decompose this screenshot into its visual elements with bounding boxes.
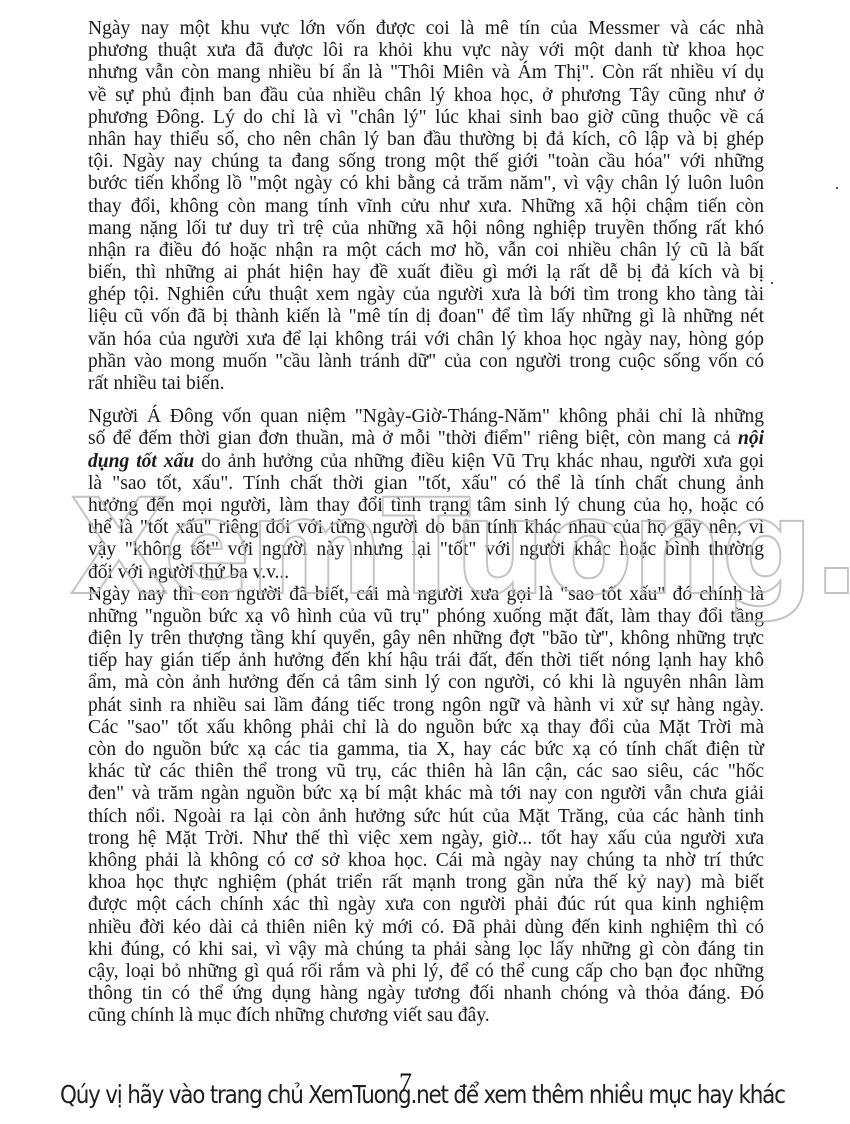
- text-line: Ngày nay thì con người đã biết, cái mà n…: [88, 584, 764, 606]
- text-line: đen" và trăm ngàn nguồn bức xạ bí mật kh…: [88, 783, 764, 805]
- text-line: cũng chính là mục đích những chương viết…: [88, 1005, 764, 1027]
- text-line: khi đúng, có khi sai, vì vậy mà chúng ta…: [88, 939, 764, 961]
- text-line: thay đổi, không còn mang tính vĩnh cửu n…: [88, 196, 764, 218]
- footer-promo: Qúy vị hãy vào trang chủ XemTuong.net để…: [60, 1080, 714, 1109]
- scan-speck: [771, 282, 773, 284]
- text-line: là "sao tốt, xấu". Tính chất thời gian "…: [88, 473, 764, 495]
- footer-site-link[interactable]: XemTuong.net: [308, 1080, 448, 1109]
- text-line: thích nổi. Ngoài ra lại còn ảnh hưởng sứ…: [88, 806, 764, 828]
- text-line: đối với người thứ ba v.v...: [88, 562, 764, 584]
- paragraph: Ngày nay một khu vực lớn vốn được coi là…: [88, 18, 764, 395]
- text-line: Các "sao" tốt xấu không phải chỉ là do n…: [88, 717, 764, 739]
- text-line: nhân hay thiểu số, cho nên chân lý ban đ…: [88, 129, 764, 151]
- text-line: phương thuật xưa đã được lôi ra khỏi khu…: [88, 40, 764, 62]
- text-line: những "nguồn bức xạ vô hình của vũ trụ" …: [88, 606, 764, 628]
- text-line: thông tin có thể ứng dụng hàng ngày tươn…: [88, 983, 764, 1005]
- text-line: nhưng vẫn còn mang nhiều bí ẩn là "Thôi …: [88, 62, 764, 84]
- text-line: tiếp hay gián tiếp ảnh hưởng đến khí hậu…: [88, 650, 764, 672]
- text-line: vậy "không tốt" với người này nhưng lại …: [88, 539, 764, 561]
- scanned-page: Ngày nay một khu vực lớn vốn được coi là…: [0, 0, 850, 1124]
- text-line: văn hóa của người xưa để lại không trái …: [88, 329, 764, 351]
- text-line: số để đếm thời gian đơn thuần, mà ở mỗi …: [88, 428, 764, 450]
- text-line: dụng tốt xấu do ảnh hưởng của những điều…: [88, 451, 764, 473]
- emphasis: dụng tốt xấu: [88, 451, 194, 472]
- text-line: rất nhiều tai biến.: [88, 373, 764, 395]
- text-line: thể là "tốt xấu" riêng đối với từng ngườ…: [88, 517, 764, 539]
- text-line: không phải là không có cơ sở khoa học. C…: [88, 850, 764, 872]
- text-line: điện ly trên thượng tầng khí quyển, gây …: [88, 628, 764, 650]
- text-line: phần vào mong muốn "cầu lành tránh dữ" c…: [88, 351, 764, 373]
- text-line: tội. Ngày nay chúng ta đang sống trong m…: [88, 151, 764, 173]
- body-text: Ngày nay một khu vực lớn vốn được coi là…: [88, 18, 764, 1027]
- text-line: về sự phủ định ban đầu của nhiều chân lý…: [88, 85, 764, 107]
- paragraph-gap: [88, 395, 764, 406]
- text-line: phát sinh ra nhiều sai lầm đáng tiếc tro…: [88, 695, 764, 717]
- text-line: bước tiến khổng lồ "một ngày có khi bằng…: [88, 173, 764, 195]
- text-line: Ngày nay một khu vực lớn vốn được coi là…: [88, 18, 764, 40]
- text-line: ẩm, mà còn ảnh hưởng đến cả tâm sinh lý …: [88, 672, 764, 694]
- text-line: hưởng đến mọi người, làm thay đổi tình t…: [88, 495, 764, 517]
- paragraph: Ngày nay thì con người đã biết, cái mà n…: [88, 584, 764, 1028]
- text-line: còn do nguồn bức xạ các tia gamma, tia X…: [88, 739, 764, 761]
- footer-suffix: để xem thêm nhiều mục hay khác: [448, 1080, 785, 1109]
- scan-speck: [836, 187, 838, 189]
- text-line: trong hệ Mặt Trời. Như thế thì việc xem …: [88, 828, 764, 850]
- text-line: khoa học thực nghiệm (phát triển rất mạn…: [88, 872, 764, 894]
- text-line: mang nặng lối tư duy trì trệ của những x…: [88, 218, 764, 240]
- text-line: ghép tội. Nghiên cứu thuật xem ngày của …: [88, 284, 764, 306]
- text-line: Người Á Đông vốn quan niệm "Ngày-Giờ-Thá…: [88, 406, 764, 428]
- footer-prefix: Qúy vị hãy vào trang chủ: [60, 1080, 308, 1109]
- text-line: phương Đông. Lý do chỉ là vì "chân lý" l…: [88, 107, 764, 129]
- text-line: cậy, loại bỏ những gì quá rối rắm và phi…: [88, 961, 764, 983]
- text-line: nhận ra điều đó hoặc nhận ra một cách mơ…: [88, 240, 764, 262]
- paragraph: Người Á Đông vốn quan niệm "Ngày-Giờ-Thá…: [88, 406, 764, 584]
- text-line: khác từ các thiên thể trong vũ trụ, các …: [88, 761, 764, 783]
- emphasis: nội: [738, 428, 764, 449]
- text-line: nhiều đời kéo dài cả thiên niên kỷ mới c…: [88, 917, 764, 939]
- text-line: liệu cũ vốn đã bị thành kiến là "mê tín …: [88, 306, 764, 328]
- text-line: biến, thì những ai phát hiện hay đề xuất…: [88, 262, 764, 284]
- text-line: được một cách chính xác thì ngày xưa con…: [88, 894, 764, 916]
